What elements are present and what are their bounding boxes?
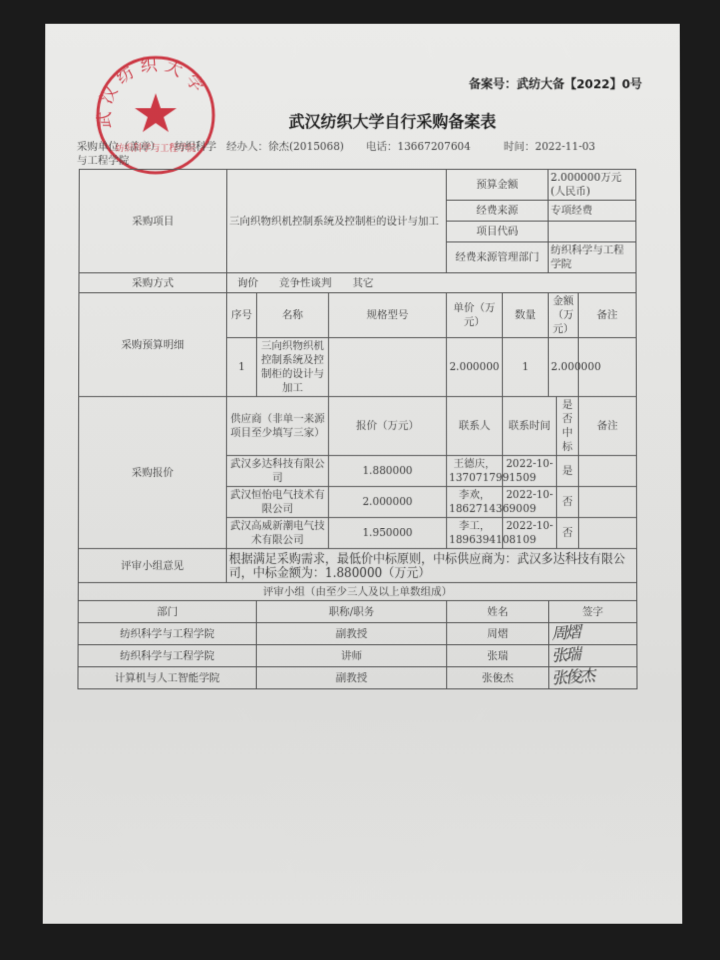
supplier-contact: 李工，18963941081 bbox=[447, 518, 503, 549]
member-signature: 张俊杰 bbox=[551, 668, 594, 685]
col-name: 名称 bbox=[257, 293, 329, 338]
col-no: 序号 bbox=[227, 293, 257, 338]
supplier-name: 武汉恒怡电气技术有限公司 bbox=[226, 487, 328, 518]
item-spec bbox=[329, 338, 447, 397]
item-name: 三向织物织机控制系统及控制柜的设计与加工 bbox=[257, 338, 329, 397]
opinion-label: 评审小组意见 bbox=[78, 549, 226, 583]
member-title: 讲师 bbox=[256, 645, 446, 667]
supplier-contact: 李欢，18627143690 bbox=[447, 487, 503, 518]
col-contact: 联系人 bbox=[446, 397, 502, 456]
supplier-note bbox=[579, 518, 637, 549]
col-note: 备注 bbox=[578, 293, 636, 338]
method-options: 询价 竞争性谈判 其它 bbox=[227, 273, 636, 293]
item-qty: 1 bbox=[502, 338, 548, 397]
header-meta: 采购单位（盖章） 纺织科学 经办人：徐杰(2015068) 电话：1366720… bbox=[77, 139, 655, 168]
col-quote-note: 备注 bbox=[578, 397, 636, 456]
col-qty: 数量 bbox=[502, 293, 548, 338]
member-dept: 纺织科学与工程学院 bbox=[78, 623, 256, 645]
document-title: 武汉纺织大学自行采购备案表 bbox=[45, 109, 680, 132]
member-signature: 周熠 bbox=[551, 625, 580, 641]
col-member-name: 姓名 bbox=[447, 601, 549, 623]
supplier-price: 1.950000 bbox=[328, 518, 446, 549]
member-name: 张俊杰 bbox=[447, 667, 549, 689]
item-no: 1 bbox=[227, 338, 257, 397]
handler: 经办人：徐杰(2015068) bbox=[226, 139, 344, 154]
member-name: 张瑞 bbox=[447, 645, 549, 667]
col-amount: 金额（万元） bbox=[548, 293, 578, 338]
supplier-won: 否 bbox=[557, 487, 579, 518]
col-spec: 规格型号 bbox=[329, 293, 447, 338]
col-title: 职称/职务 bbox=[256, 601, 446, 623]
supplier-name: 武汉多达科技有限公司 bbox=[226, 456, 328, 487]
project-label: 采购项目 bbox=[79, 169, 227, 273]
col-supplier: 供应商（非单一来源项目至少填写三家） bbox=[227, 397, 329, 456]
method-label: 采购方式 bbox=[79, 273, 227, 293]
filing-number: 备案号：武纺大备【2022】0号 bbox=[469, 75, 642, 92]
budget-detail-label: 采购预算明细 bbox=[79, 293, 227, 397]
col-dept: 部门 bbox=[78, 601, 256, 623]
supplier-note bbox=[579, 456, 637, 487]
member-title: 副教授 bbox=[256, 623, 446, 645]
project-code-label: 项目代码 bbox=[446, 221, 548, 242]
opinion-text: 根据满足采购需求，最低价中标原则，中标供应商为：武汉多达科技有限公司，中标金额为… bbox=[226, 549, 636, 583]
funding-dept-value: 纺织科学与工程学院 bbox=[548, 242, 636, 273]
table-row: 纺织科学与工程学院 副教授 周熠 周熠 bbox=[78, 623, 637, 645]
table-row: 纺织科学与工程学院 讲师 张瑞 张瑞 bbox=[78, 645, 637, 667]
supplier-won: 否 bbox=[557, 518, 579, 549]
item-amount: 2.000000 bbox=[548, 338, 578, 397]
procurement-form-table: 采购项目 三向织物织机控制系统及控制柜的设计与加工 预算金额 2.000000万… bbox=[77, 169, 637, 690]
supplier-won: 是 bbox=[557, 456, 579, 487]
funding-source-value: 专项经费 bbox=[548, 200, 636, 221]
unit-label: 采购单位（盖章） bbox=[77, 139, 161, 154]
col-contact-time: 联系时间 bbox=[502, 397, 556, 456]
member-name: 周熠 bbox=[447, 623, 549, 645]
supplier-price: 2.000000 bbox=[328, 487, 446, 518]
unit-value-cont: 与工程学院 bbox=[77, 153, 655, 168]
col-won: 是否中标 bbox=[556, 397, 578, 456]
item-unit-price: 2.000000 bbox=[446, 338, 502, 397]
table-row: 计算机与人工智能学院 副教授 张俊杰 张俊杰 bbox=[78, 667, 637, 689]
date: 时间：2022-11-03 bbox=[504, 139, 596, 154]
budget-amount-label: 预算金额 bbox=[446, 169, 548, 200]
col-price: 报价（万元） bbox=[329, 397, 447, 456]
unit-value: 纺织科学 bbox=[175, 139, 217, 154]
funding-source-label: 经费来源 bbox=[446, 200, 548, 221]
member-signature: 张瑞 bbox=[551, 647, 580, 663]
panel-title: 评审小组（由至少三人及以上单数组成） bbox=[78, 583, 637, 601]
col-signature: 签字 bbox=[549, 601, 637, 623]
document-page: 武汉纺织大学 纺织科学与工程学院 备案号：武纺大备【2022】0号 武汉纺织大学… bbox=[43, 24, 683, 924]
member-dept: 纺织科学与工程学院 bbox=[78, 645, 256, 667]
project-name: 三向织物织机控制系统及控制柜的设计与加工 bbox=[227, 169, 447, 273]
project-code-value bbox=[548, 221, 636, 242]
supplier-contact: 王德庆，13707179915 bbox=[446, 456, 502, 487]
budget-amount-value: 2.000000万元(人民币) bbox=[548, 169, 636, 200]
quotes-label: 采购报价 bbox=[78, 397, 226, 549]
supplier-name: 武汉高威新潮电气技术有限公司 bbox=[226, 518, 328, 549]
supplier-note bbox=[579, 487, 637, 518]
col-unit-price: 单价（万元） bbox=[446, 293, 502, 338]
member-title: 副教授 bbox=[256, 667, 446, 689]
member-dept: 计算机与人工智能学院 bbox=[78, 667, 256, 689]
supplier-price: 1.880000 bbox=[328, 456, 446, 487]
phone: 电话：13667207604 bbox=[366, 139, 471, 154]
funding-dept-label: 经费来源管理部门 bbox=[446, 242, 548, 273]
